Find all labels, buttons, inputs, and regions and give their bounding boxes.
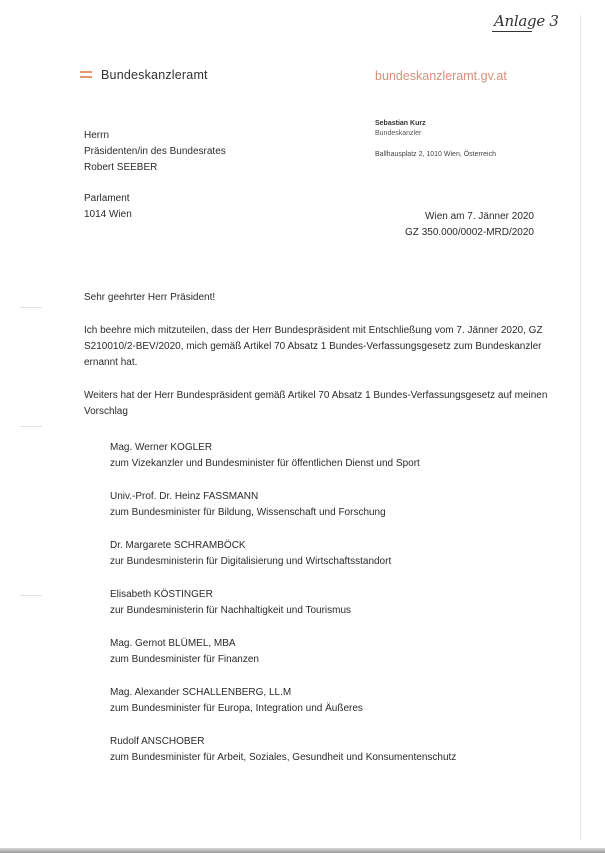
reference-number: GZ 350.000/0002-MRD/2020 xyxy=(405,225,534,241)
appointee-name: Dr. Margarete SCHRAMBÖCK xyxy=(110,538,550,554)
appointee-item: Rudolf ANSCHOBER zum Bundesminister für … xyxy=(110,734,550,766)
appointee-role: zur Bundesministerin für Nachhaltigkeit … xyxy=(110,603,550,619)
appointee-name: Rudolf ANSCHOBER xyxy=(110,734,550,750)
website-url: bundeskanzleramt.gv.at xyxy=(375,69,507,83)
appointee-item: Dr. Margarete SCHRAMBÖCK zur Bundesminis… xyxy=(110,538,550,570)
fold-mark xyxy=(20,595,42,596)
date-reference-block: Wien am 7. Jänner 2020 GZ 350.000/0002-M… xyxy=(405,209,534,241)
appointee-item: Elisabeth KÖSTINGER zur Bundesministerin… xyxy=(110,587,550,619)
fold-mark xyxy=(20,426,42,427)
scan-edge-bottom xyxy=(0,848,605,853)
recipient-line: Präsidenten/in des Bundesrates xyxy=(84,144,226,160)
appointee-role: zum Bundesminister für Arbeit, Soziales,… xyxy=(110,750,550,766)
fold-mark xyxy=(20,307,42,308)
annotation-underline xyxy=(492,31,532,32)
appointee-item: Univ.-Prof. Dr. Heinz FASSMANN zum Bunde… xyxy=(110,489,550,521)
recipient-line: Robert SEEBER xyxy=(84,160,226,176)
salutation: Sehr geehrter Herr Präsident! xyxy=(84,290,554,306)
appointee-name: Univ.-Prof. Dr. Heinz FASSMANN xyxy=(110,489,550,505)
appointee-name: Elisabeth KÖSTINGER xyxy=(110,587,550,603)
appointee-list: Mag. Werner KOGLER zum Vizekanzler und B… xyxy=(110,440,550,783)
recipient-line: Herrn xyxy=(84,128,226,144)
logo-text: Bundeskanzleramt xyxy=(101,68,208,82)
recipient-block: Herrn Präsidenten/in des Bundesrates Rob… xyxy=(84,128,226,223)
paragraph: Ich beehre mich mitzuteilen, dass der He… xyxy=(84,323,554,371)
paragraph: Weiters hat der Herr Bundespräsident gem… xyxy=(84,388,554,420)
appointee-name: Mag. Werner KOGLER xyxy=(110,440,550,456)
appointee-role: zum Bundesminister für Bildung, Wissensc… xyxy=(110,505,550,521)
letter-date: Wien am 7. Jänner 2020 xyxy=(405,209,534,225)
appointee-role: zum Vizekanzler und Bundesminister für ö… xyxy=(110,456,550,472)
annotation-text: Anlage 3 xyxy=(494,12,559,30)
appointee-item: Mag. Alexander SCHALLENBERG, LL.M zum Bu… xyxy=(110,685,550,717)
sender-address: Ballhausplatz 2, 1010 Wien, Österreich xyxy=(375,150,496,160)
appointee-name: Mag. Gernot BLÜMEL, MBA xyxy=(110,636,550,652)
appointee-item: Mag. Gernot BLÜMEL, MBA zum Bundesminist… xyxy=(110,636,550,668)
austrian-flag-stripes-icon xyxy=(80,71,92,79)
letter-page: Anlage 3 Bundeskanzleramt bundeskanzlera… xyxy=(0,0,605,853)
recipient-address-line: Parlament xyxy=(84,191,226,207)
appointee-role: zum Bundesminister für Europa, Integrati… xyxy=(110,701,550,717)
sender-block: Sebastian Kurz Bundeskanzler Ballhauspla… xyxy=(375,119,496,160)
sender-name: Sebastian Kurz xyxy=(375,119,496,129)
sender-title: Bundeskanzler xyxy=(375,129,496,139)
recipient-address-line: 1014 Wien xyxy=(84,207,226,223)
appointee-item: Mag. Werner KOGLER zum Vizekanzler und B… xyxy=(110,440,550,472)
scan-edge-right xyxy=(580,15,581,840)
appointee-name: Mag. Alexander SCHALLENBERG, LL.M xyxy=(110,685,550,701)
letter-body: Sehr geehrter Herr Präsident! Ich beehre… xyxy=(84,290,554,437)
handwritten-annotation: Anlage 3 xyxy=(494,12,559,30)
letterhead-logo: Bundeskanzleramt xyxy=(80,68,208,82)
appointee-role: zum Bundesminister für Finanzen xyxy=(110,652,550,668)
appointee-role: zur Bundesministerin für Digitalisierung… xyxy=(110,554,550,570)
